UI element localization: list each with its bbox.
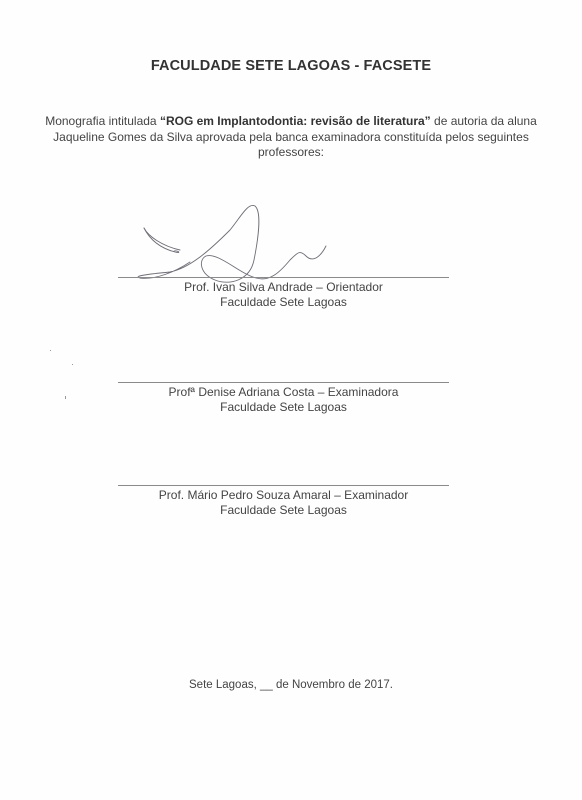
member-name-role: Prof. Ivan Silva Andrade – Orientador	[118, 280, 449, 295]
scan-speck	[65, 396, 66, 399]
thesis-title: “ROG em Implantodontia: revisão de liter…	[160, 114, 431, 128]
member-institution: Faculdade Sete Lagoas	[118, 400, 449, 415]
signature-line	[118, 485, 449, 486]
approval-statement: Monografia intitulada “ROG em Implantodo…	[40, 114, 542, 161]
place-date-line: Sete Lagoas, __ de Novembro de 2017.	[0, 679, 582, 691]
intro-prefix: Monografia intitulada	[45, 114, 160, 128]
scan-speck	[50, 350, 51, 351]
scan-speck	[72, 364, 73, 365]
committee-member-3: Prof. Mário Pedro Souza Amaral – Examina…	[118, 485, 449, 518]
committee-member-1: Prof. Ivan Silva Andrade – Orientador Fa…	[118, 277, 449, 310]
member-name-role: Profª Denise Adriana Costa – Examinadora	[118, 385, 449, 400]
signature-line	[118, 382, 449, 383]
document-page: FACULDADE SETE LAGOAS - FACSETE Monograf…	[0, 0, 582, 800]
member-institution: Faculdade Sete Lagoas	[118, 295, 449, 310]
committee-member-2: Profª Denise Adriana Costa – Examinadora…	[118, 382, 449, 415]
member-institution: Faculdade Sete Lagoas	[118, 503, 449, 518]
institution-title: FACULDADE SETE LAGOAS - FACSETE	[0, 58, 582, 74]
signature-line	[118, 277, 449, 278]
member-name-role: Prof. Mário Pedro Souza Amaral – Examina…	[118, 488, 449, 503]
